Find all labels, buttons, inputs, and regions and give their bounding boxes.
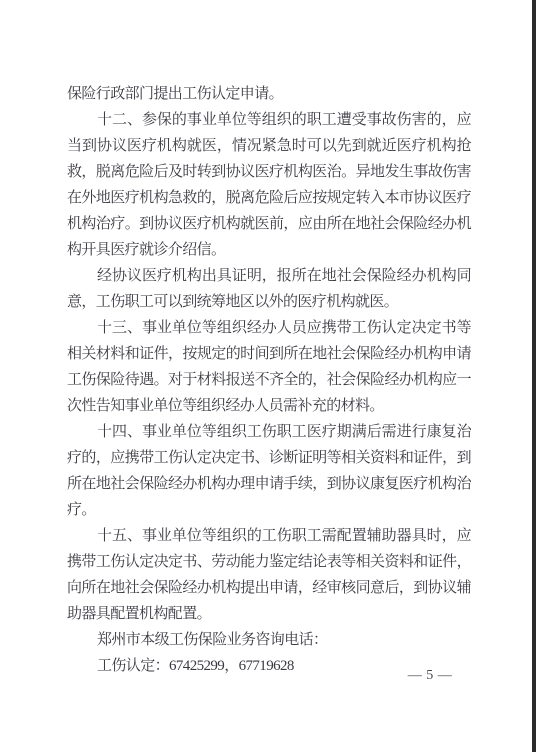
scan-edge-shadow — [532, 0, 536, 752]
document-page: 保险行政部门提出工伤认定申请。 十二、参保的事业单位等组织的职工遭受事故伤害的，… — [0, 0, 536, 752]
paragraph-item-14: 十四、事业单位等组织工伤职工医疗期满后需进行康复治疗的，应携带工伤认定决定书、诊… — [67, 419, 471, 523]
paragraph-continuation: 保险行政部门提出工伤认定申请。 — [67, 81, 471, 107]
paragraph-hotline-intro: 郑州市本级工伤保险业务咨询电话： — [67, 627, 471, 653]
paragraph-item-15: 十五、事业单位等组织的工伤职工需配置辅助器具时，应携带工伤认定决定书、劳动能力鉴… — [67, 523, 471, 627]
paragraph-referral-note: 经协议医疗机构出具证明，报所在地社会保险经办机构同意，工伤职工可以到统筹地区以外… — [67, 263, 471, 315]
paragraph-item-13: 十三、事业单位等组织经办人员应携带工伤认定决定书等相关材料和证件，按规定的时间到… — [67, 315, 471, 419]
paragraph-item-12: 十二、参保的事业单位等组织的职工遭受事故伤害的，应当到协议医疗机构就医，情况紧急… — [67, 107, 471, 263]
document-body: 保险行政部门提出工伤认定申请。 十二、参保的事业单位等组织的职工遭受事故伤害的，… — [67, 81, 471, 679]
page-number: — 5 — — [388, 666, 472, 686]
